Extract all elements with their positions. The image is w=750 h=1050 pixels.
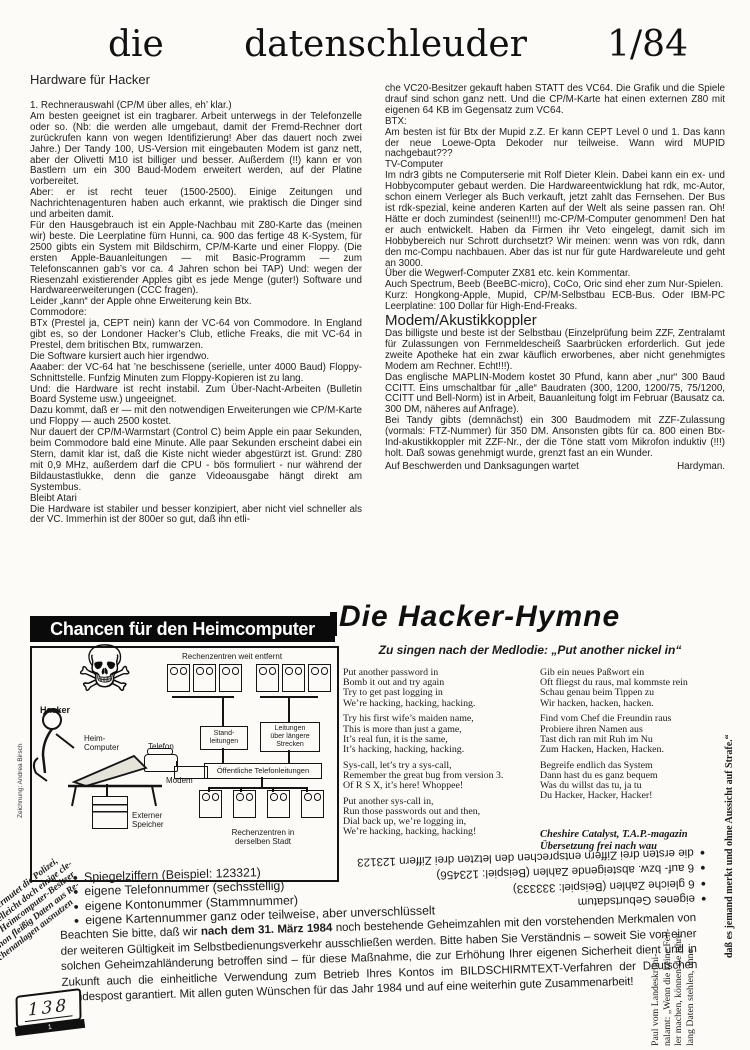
label-datacenters-far: Rechenzentren weit entfernt xyxy=(182,652,327,661)
connector-line xyxy=(208,787,210,792)
connector-line xyxy=(272,787,274,792)
stanza: Find vom Chef die Freundin raus Probiere… xyxy=(540,714,715,755)
hacker-figure-illustration xyxy=(32,706,167,824)
paragraph: Für den Hausgebrauch ist ein Apple-Nachb… xyxy=(30,221,362,297)
paragraph: Nur dauert der CP/M-Warmstart (Control C… xyxy=(30,428,362,493)
label-public-phone-lines: Öffentliche Telefonleitungen xyxy=(204,763,322,779)
margin-note-right-edge: daß es jemand merkt und ohne Aussicht au… xyxy=(724,582,735,958)
closing-line: Auf Beschwerden und Danksagungen wartet … xyxy=(385,462,725,473)
hymn-subtitle: Zu singen nach der Medlodie: „Put anothe… xyxy=(362,643,698,657)
paragraph: Das billigste und beste ist der Selbstba… xyxy=(385,329,725,373)
paragraph: Die Hardware ist stabiler und besser kon… xyxy=(30,505,362,527)
bullet-icon: ● xyxy=(700,848,706,858)
computer-icon xyxy=(199,790,222,818)
paragraph: Das englische MAPLIN-Modem kostet 30 Pfu… xyxy=(385,373,725,417)
bullet-icon: ● xyxy=(701,894,707,904)
left-column: 1. Rechnerauswahl (CP/M über alles, eh’ … xyxy=(30,101,362,526)
connector-line xyxy=(288,696,290,722)
computer-icon xyxy=(301,790,324,818)
page-number-text: 138 xyxy=(25,995,72,1022)
datacenter-row-far-a xyxy=(167,664,242,692)
margin-note-right: Paul vom Landeskrimi- nalamt: „Wenn die … xyxy=(650,854,696,1046)
masthead: die datenschleuder 1/84 xyxy=(108,24,688,65)
paragraph: Bei Tandy gibts (demnächst) ein 300 Baud… xyxy=(385,416,725,460)
paragraph: BTX: xyxy=(385,117,725,128)
paragraph: Am besten geeignet ist ein tragbarer. Ar… xyxy=(30,112,362,188)
paragraph: Aber: er ist recht teuer (1500-2500). Ei… xyxy=(30,188,362,221)
masthead-word-datenschleuder: datenschleuder xyxy=(244,24,527,65)
paragraph: BTx (Prestel ja, CEPT nein) kann der VC-… xyxy=(30,319,362,352)
datacenter-row-far-b xyxy=(256,664,331,692)
connector-line xyxy=(222,696,224,726)
stanza: Begreife endlich das System Dann hast du… xyxy=(540,761,715,802)
decorative-black-square xyxy=(330,612,337,636)
masthead-issue: 1/84 xyxy=(607,24,688,65)
connector-line xyxy=(261,777,263,787)
masthead-word-die: die xyxy=(108,24,164,65)
connector-line xyxy=(172,696,234,698)
paragraph: Im ndr3 gibts ne Computerserie mit Rolf … xyxy=(385,171,725,269)
right-column: che VC20-Besitzer gekauft haben STATT de… xyxy=(385,84,725,473)
computer-icon xyxy=(193,664,216,692)
label-long-distance-lines: Leitungen über längere Strecken xyxy=(260,722,320,752)
closing-text: Auf Beschwerden und Danksagungen wartet xyxy=(385,462,579,473)
attribution-author: Cheshire Catalyst, T.A.P.-magazin xyxy=(540,829,715,841)
modem-section-heading: Modem/Akustikkoppler xyxy=(385,313,725,329)
notice-deadline: nach dem 31. März 1984 xyxy=(201,921,333,938)
connector-line xyxy=(208,787,308,789)
section-title: Hardware für Hacker xyxy=(30,72,150,87)
paragraph: Kurz: Hongkong-Apple, Mupid, CP/M-Selbst… xyxy=(385,291,725,313)
hymn-lyrics-german: Gib ein neues Paßwort ein Oft fliegst du… xyxy=(540,668,715,853)
paragraph: Bleibt Atari xyxy=(30,494,362,505)
bullet-icon: ● xyxy=(700,879,706,889)
notice-text: noch bestehende Geheimzahlen mit den vor… xyxy=(60,911,697,1004)
label-datacenters-city: Rechenzentren in derselben Stadt xyxy=(217,828,309,846)
computer-icon xyxy=(267,790,290,818)
bullet-icon: ● xyxy=(700,863,706,873)
computer-icon xyxy=(219,664,242,692)
illustration-credit: Zeichnung: Andrea Birsch xyxy=(17,744,24,818)
computer-icon xyxy=(308,664,331,692)
paragraph: Dazu kommt, daß er — mit den notwendigen… xyxy=(30,406,362,428)
paragraph: Aaaber: der VC-64 hat ’ne beschissene (s… xyxy=(30,363,362,385)
stanza: Put another sys-call in, Run those passw… xyxy=(343,797,538,838)
bullet-icon: ● xyxy=(74,915,80,925)
connector-line xyxy=(240,787,242,792)
skull-icon: ☠ xyxy=(76,636,133,704)
connector-line xyxy=(288,750,290,763)
page-number-stamp: 138 1 xyxy=(14,988,85,1036)
stanza: Sys-call, let’s try a sys-call, Remember… xyxy=(343,761,538,792)
connector-line xyxy=(306,787,308,792)
magazine-page: die datenschleuder 1/84 Hardware für Hac… xyxy=(0,0,750,1050)
connector-line xyxy=(176,761,178,766)
datacenter-row-city xyxy=(199,790,324,818)
computer-icon xyxy=(167,664,190,692)
connector-line xyxy=(222,748,224,763)
hymn-lyrics-english: Put another password in Bomb it out and … xyxy=(343,668,538,843)
stanza: Put another password in Bomb it out and … xyxy=(343,668,538,709)
label-leased-lines: Stand- leitungen xyxy=(200,726,248,750)
author-signature: Hardyman. xyxy=(677,462,725,473)
paragraph: che VC20-Besitzer gekauft haben STATT de… xyxy=(385,84,725,117)
stanza: Try his first wife’s maiden name, This i… xyxy=(343,714,538,755)
paragraph: Am besten ist für Btx der Mupid z.Z. Er … xyxy=(385,128,725,161)
connector-line xyxy=(106,784,108,796)
hymn-title: Die Hacker-Hymne xyxy=(339,600,620,634)
stanza: Gib ein neues Paßwort ein Oft fliegst du… xyxy=(540,668,715,709)
computer-icon xyxy=(256,664,279,692)
modem-icon xyxy=(174,766,208,779)
computer-icon xyxy=(282,664,305,692)
bank-notice-paragraph: Beachten Sie bitte, daß wir nach dem 31.… xyxy=(60,910,698,1006)
paragraph: Und: die Hardware ist recht instabil. Zu… xyxy=(30,385,362,407)
notice-text: Beachten Sie bitte, daß wir xyxy=(60,925,201,942)
computer-icon xyxy=(233,790,256,818)
